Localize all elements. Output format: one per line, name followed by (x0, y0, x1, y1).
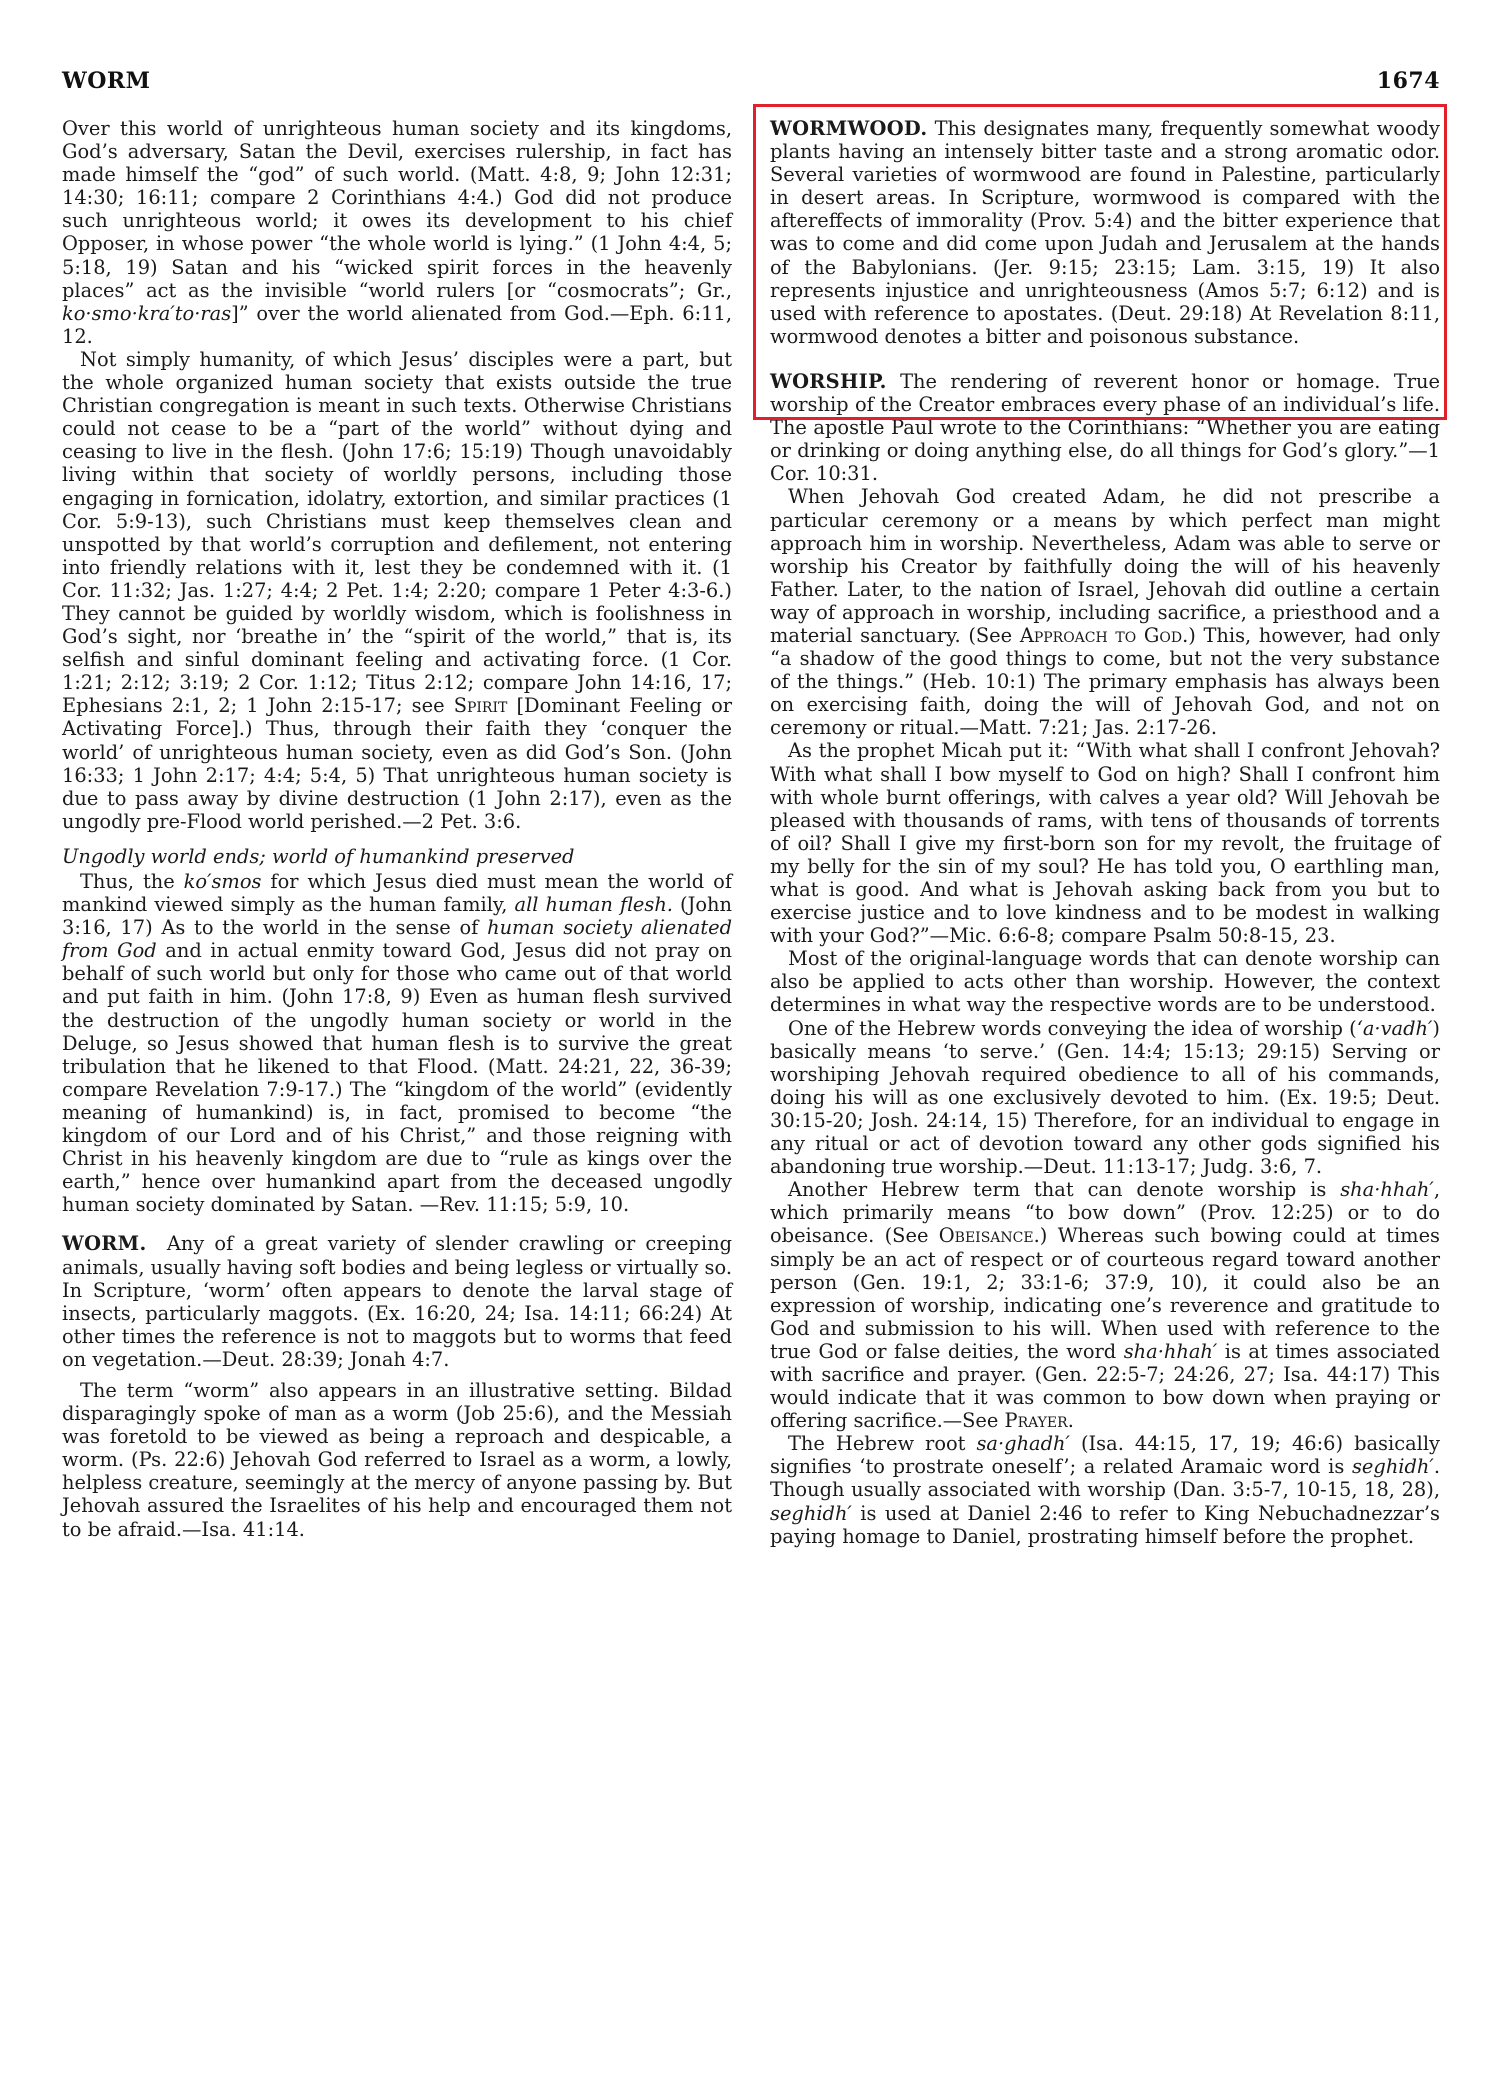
entry-wormwood: WORMWOOD. This designates many, frequent… (770, 117, 1440, 348)
worship-paragraph-2: When Jehovah God created Adam, he did no… (770, 485, 1440, 739)
greek-term: ko·smo·kra′to·ras (62, 302, 231, 325)
entry-separator (62, 1216, 732, 1232)
world-paragraph-1: Over this world of unrighteous human soc… (62, 117, 732, 348)
world-paragraph-3: Thus, the ko′smos for which Jesus died m… (62, 870, 732, 1216)
running-head: WORM (62, 68, 151, 94)
cross-reference-approach: Approach to God (1020, 624, 1182, 647)
entry-worship: WORSHIP. The rendering of reverent honor… (770, 370, 1440, 485)
subheading: Ungodly world ends; world of humankind p… (62, 845, 732, 868)
worm-paragraph-2: The term “worm” also appears in an illus… (62, 1379, 732, 1541)
worship-paragraph-6: Another Hebrew term that can denote wors… (770, 1178, 1440, 1432)
worship-paragraph-7: The Hebrew root sa·ghadh′ (Isa. 44:15, 1… (770, 1432, 1440, 1547)
cross-reference-obeisance: Obeisance (939, 1224, 1034, 1247)
left-column: Over this world of unrighteous human soc… (62, 117, 732, 1541)
page-number: 1674 (1377, 68, 1440, 94)
entry-title-worm: WORM. (62, 1232, 147, 1255)
entry-separator (770, 348, 1440, 370)
world-paragraph-2: Not simply humanity, of which Jesus’ dis… (62, 348, 732, 833)
worship-paragraph-4: Most of the original-language words that… (770, 947, 1440, 1016)
worship-paragraph-3: As the prophet Micah put it: “With what … (770, 739, 1440, 947)
entry-worm: WORM. Any of a great variety of slender … (62, 1232, 732, 1371)
cross-reference-spirit: Spirit (454, 694, 508, 717)
paragraph-gap (62, 1371, 732, 1379)
worship-paragraph-5: One of the Hebrew words conveying the id… (770, 1017, 1440, 1179)
entry-title-wormwood: WORMWOOD. (770, 117, 927, 140)
right-column: WORMWOOD. This designates many, frequent… (770, 117, 1440, 1548)
cross-reference-prayer: Prayer (1005, 1409, 1068, 1432)
entry-title-worship: WORSHIP. (770, 370, 887, 393)
